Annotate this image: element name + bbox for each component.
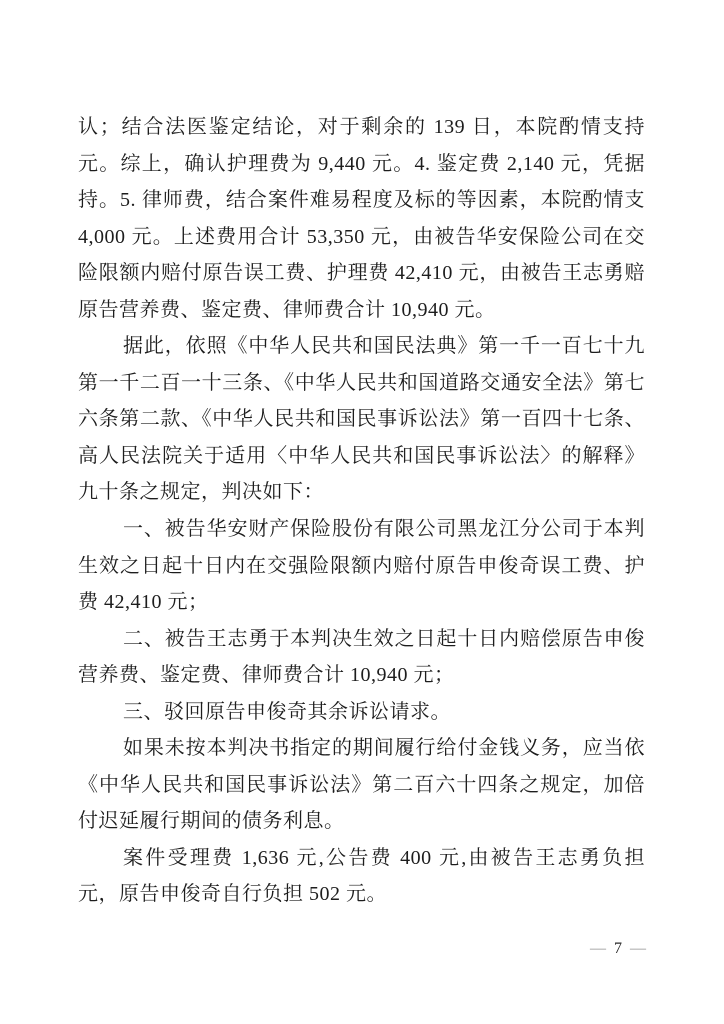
text-line: 如果未按本判决书指定的期间履行给付金钱义务，应当依照 bbox=[78, 730, 645, 767]
text-line: 二、被告王志勇于本判决生效之日起十日内赔偿原告申俊奇 bbox=[78, 621, 645, 658]
text-line: 原告营养费、鉴定费、律师费合计 10,940 元。 bbox=[78, 292, 645, 329]
text-line: 三、驳回原告申俊奇其余诉讼请求。 bbox=[78, 694, 645, 731]
text-line: 4,000 元。上述费用合计 53,350 元，由被告华安保险公司在交强 bbox=[78, 219, 645, 256]
text-line: 险限额内赔付原告误工费、护理费 42,410 元，由被告王志勇赔偿 bbox=[78, 255, 645, 292]
judgment-document-page: 认；结合法医鉴定结论，对于剩余的 139 日，本院酌情支持 8,340 元。综上… bbox=[0, 0, 724, 1024]
text-line: 九十条之规定，判决如下： bbox=[78, 474, 645, 511]
text-line: 六条第二款、《中华人民共和国民事诉讼法》第一百四十七条、《最 bbox=[78, 401, 645, 438]
text-line: 高人民法院关于适用〈中华人民共和国民事诉讼法〉的解释》第 bbox=[78, 438, 645, 475]
text-line: 元。综上，确认护理费为 9,440 元。4. 鉴定费 2,140 元，凭据支 bbox=[78, 146, 645, 183]
text-line: 元，原告申俊奇自行负担 502 元。 bbox=[78, 876, 645, 913]
text-line: 付迟延履行期间的债务利息。 bbox=[78, 803, 645, 840]
page-number-dash-left: — bbox=[584, 940, 614, 957]
text-line: 一、被告华安财产保险股份有限公司黑龙江分公司于本判决 bbox=[78, 511, 645, 548]
text-line: 据此，依照《中华人民共和国民法典》第一千一百七十九条、 bbox=[78, 328, 645, 365]
text-line: 生效之日起十日内在交强险限额内赔付原告申俊奇误工费、护理 bbox=[78, 548, 645, 585]
text-line: 《中华人民共和国民事诉讼法》第二百六十四条之规定，加倍支 bbox=[78, 767, 645, 804]
page-number-value: 7 bbox=[614, 940, 624, 957]
text-line: 第一千二百一十三条、《中华人民共和国道路交通安全法》第七十 bbox=[78, 365, 645, 402]
text-line: 案件受理费 1,636 元,公告费 400 元,由被告王志勇负担 1,534 bbox=[78, 840, 645, 877]
page-number-dash-right: — bbox=[624, 940, 654, 957]
page-number: —7— bbox=[584, 938, 654, 960]
text-line: 持。5. 律师费，结合案件难易程度及标的等因素，本院酌情支持 bbox=[78, 182, 645, 219]
text-line: 认；结合法医鉴定结论，对于剩余的 139 日，本院酌情支持 8,340 bbox=[78, 109, 645, 146]
text-line: 费 42,410 元； bbox=[78, 584, 645, 621]
text-line: 营养费、鉴定费、律师费合计 10,940 元； bbox=[78, 657, 645, 694]
judgment-text-block: 认；结合法医鉴定结论，对于剩余的 139 日，本院酌情支持 8,340 元。综上… bbox=[78, 109, 645, 913]
